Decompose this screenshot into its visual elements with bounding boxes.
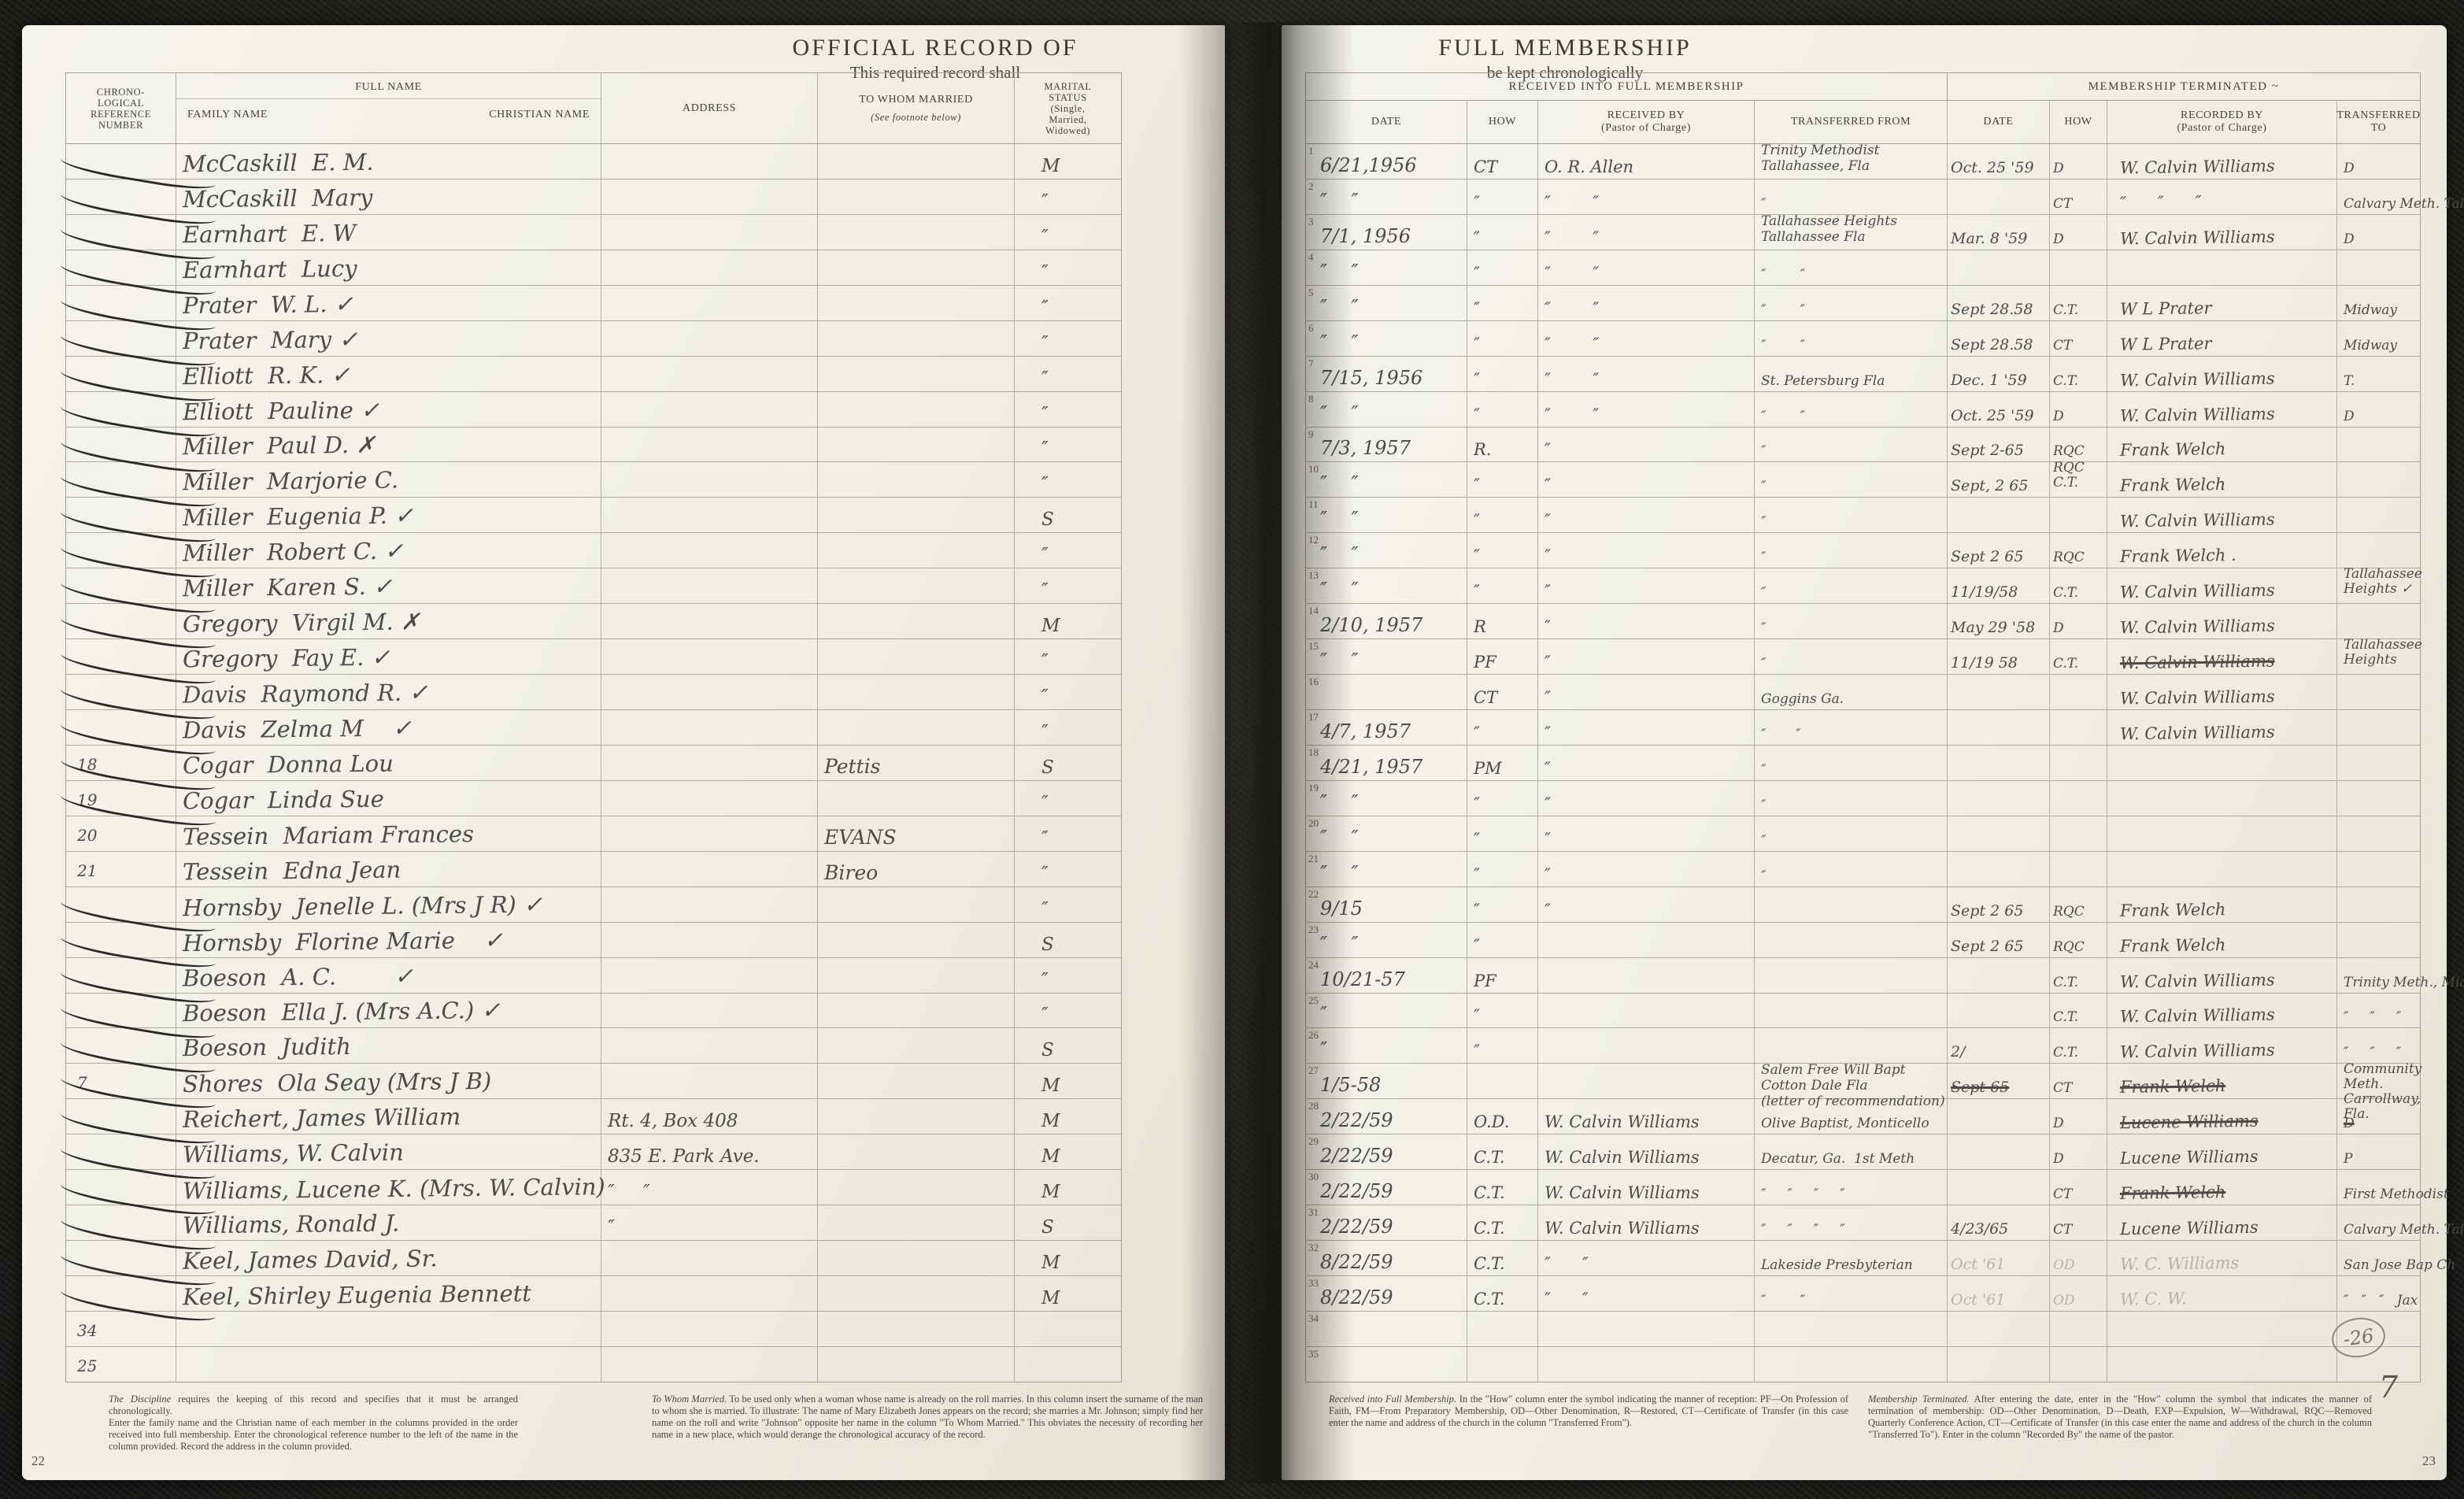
terminated-how-cell: C.T. — [2050, 286, 2107, 320]
received-how-cell-text: ″ — [1474, 1006, 1480, 1025]
terminated-date-cell: 4/23/65 — [1948, 1205, 2050, 1240]
marital-status-cell: ″ — [1015, 568, 1121, 603]
address-cell: ″ ″ — [601, 1170, 818, 1205]
address-cell — [601, 286, 818, 320]
transferred-to-cell: Tallahassee Heights ✓ — [2337, 568, 2420, 603]
ledger-row-right: 35 — [1306, 1347, 2420, 1382]
row-number: 8 — [1308, 393, 1314, 405]
received-by-cell — [1538, 994, 1755, 1028]
transferred-to-cell-text: Trinity Meth., Miami — [2344, 975, 2464, 990]
terminated-date-cell: 11/19/58 — [1948, 568, 2050, 603]
terminated-date-cell: Oct '61 — [1948, 1276, 2050, 1311]
recorded-by-cell — [2107, 1347, 2337, 1382]
name-cell-text: Gregory Fay E. ✓ — [183, 644, 390, 673]
address-cell — [601, 250, 818, 285]
received-date-cell: 2410/21-57 — [1306, 958, 1467, 993]
transferred-to-cell-text: D — [2344, 409, 2355, 424]
terminated-how-cell-text: C.T. — [2053, 585, 2078, 601]
transferred-to-cell-text: Midway — [2344, 303, 2397, 318]
terminated-how-cell: CT — [2050, 321, 2107, 356]
address-cell — [601, 215, 818, 250]
terminated-date-cell: Sept 2 65 — [1948, 923, 2050, 957]
name-cell: Earnhart E. W — [176, 215, 601, 250]
transferred-from-cell-text: ″ — [1761, 514, 1766, 530]
transferred-from-cell-text: ″ — [1761, 762, 1766, 778]
address-cell — [601, 144, 818, 179]
address-cell — [601, 816, 818, 851]
col-header-rec-date: DATE — [1306, 101, 1467, 143]
col-header-fullname-label: FULL NAME — [176, 73, 601, 99]
to-whom-married-cell — [818, 1276, 1015, 1311]
received-by-cell-text: O. R. Allen — [1545, 157, 1633, 176]
terminated-how-cell-text: D — [2053, 1116, 2064, 1131]
terminated-date-cell-text: 11/19/58 — [1951, 583, 2018, 601]
terminated-how-cell-text: C.T. — [2053, 1045, 2078, 1060]
transferred-from-cell-text: Decatur, Ga. 1st Meth — [1761, 1151, 1915, 1167]
received-how-cell: ″ — [1467, 923, 1538, 957]
ledger-row-right: 292/22/59C.T.W. Calvin WilliamsDecatur, … — [1306, 1134, 2420, 1170]
received-date-cell: 142/10, 1957 — [1306, 604, 1467, 638]
name-cell-text: Keel, James David, Sr. — [183, 1245, 438, 1274]
received-date-cell-text: ″ ″ — [1320, 508, 1358, 530]
marital-status-cell: ″ — [1015, 462, 1121, 497]
received-by-cell-text: ″ — [1545, 688, 1551, 707]
marital-status-cell-text: ″ — [1041, 580, 1049, 601]
to-whom-married-cell-text: Pettis — [824, 755, 880, 778]
marital-status-cell: ″ — [1015, 675, 1121, 709]
name-cell-text: Williams, Ronald J. — [183, 1210, 400, 1239]
terminated-date-cell: Oct '61 — [1948, 1241, 2050, 1275]
row-number: 5 — [1308, 287, 1314, 299]
received-by-cell: ″ ″ — [1538, 1241, 1755, 1275]
received-date-cell-text: 2/22/59 — [1320, 1109, 1393, 1131]
ledger-row-left: Earnhart E. W″ — [66, 215, 1121, 250]
received-how-cell: ″ — [1467, 392, 1538, 427]
terminated-how-cell-text: C.T. — [2053, 1009, 2078, 1025]
terminated-how-cell — [2050, 710, 2107, 745]
name-cell: Davis Zelma M ✓ — [176, 710, 601, 745]
marital-status-cell-text: ″ — [1041, 793, 1049, 813]
marital-status-cell: ″ — [1015, 639, 1121, 674]
transferred-from-cell-text: Olive Baptist, Monticello — [1761, 1116, 1929, 1131]
received-date-cell-text: 8/22/59 — [1320, 1251, 1393, 1273]
recorded-by-cell-text: Frank Welch . — [2120, 546, 2236, 566]
name-cell: Williams, W. Calvin — [176, 1134, 601, 1169]
transferred-from-cell: ″ ″ ″ ″ — [1755, 1170, 1948, 1205]
marital-status-cell-text: M — [1041, 616, 1060, 636]
received-how-cell: C.T. — [1467, 1241, 1538, 1275]
transferred-to-cell — [2337, 746, 2420, 780]
marital-status-cell-text: ″ — [1041, 404, 1049, 424]
marital-status-cell: ″ — [1015, 357, 1121, 391]
marital-status-cell-text: ″ — [1041, 864, 1049, 884]
marital-status-cell-text: M — [1041, 1182, 1060, 1202]
recorded-by-cell-text: W. Calvin Williams — [2120, 723, 2275, 744]
chrono-number-cell: 21 — [66, 852, 176, 886]
address-cell — [601, 321, 818, 356]
address-cell — [601, 887, 818, 922]
ledger-row-left: McCaskill Mary″ — [66, 180, 1121, 215]
col-header-married-label: TO WHOM MARRIED — [859, 94, 973, 106]
transferred-from-cell: ″ ″ ″ ″ — [1755, 1205, 1948, 1240]
transferred-from-cell: ″ — [1755, 462, 1948, 497]
received-date-cell: 10″ ″ — [1306, 462, 1467, 497]
to-whom-married-cell — [818, 144, 1015, 179]
recorded-by-cell-text: W. Calvin Williams — [2120, 227, 2275, 248]
address-cell — [601, 958, 818, 993]
received-how-cell-text: ″ — [1474, 405, 1480, 424]
recorded-by-cell: Frank Welch . — [2107, 533, 2337, 568]
transferred-to-cell — [2337, 250, 2420, 285]
ledger-row-right: 13″ ″″″″11/19/58C.T.W. Calvin WilliamsTa… — [1306, 568, 2420, 604]
received-how-cell: O.D. — [1467, 1099, 1538, 1134]
terminated-date-cell — [1948, 781, 2050, 816]
received-date-cell-text: ″ ″ — [1320, 827, 1358, 849]
transferred-from-cell: Goggins Ga. — [1755, 675, 1948, 709]
terminated-date-cell — [1948, 852, 2050, 886]
ledger-row-left: Prater Mary ✓″ — [66, 321, 1121, 357]
transferred-to-cell-text: D — [2344, 232, 2355, 247]
terminated-how-cell: D — [2050, 144, 2107, 179]
received-date-cell-text: ″ ″ — [1320, 650, 1358, 672]
transferred-from-cell: ″ ″ — [1755, 710, 1948, 745]
name-cell-text: Hornsby Jenelle L. (Mrs J R) ✓ — [183, 890, 543, 921]
name-cell — [176, 1347, 601, 1382]
transferred-from-cell-text: ″ ″ — [1761, 727, 1801, 742]
ledger-row-left: Davis Raymond R. ✓″ — [66, 675, 1121, 710]
terminated-date-cell: Oct. 25 '59 — [1948, 392, 2050, 427]
marital-status-cell: ″ — [1015, 321, 1121, 356]
ledger-row-left: Miller Eugenia P. ✓S — [66, 498, 1121, 533]
name-cell: Miller Marjorie C. — [176, 462, 601, 497]
name-cell: Miller Karen S. ✓ — [176, 568, 601, 603]
terminated-date-cell: Sept 28.58 — [1948, 286, 2050, 320]
received-by-cell-text: ″ ″ — [1545, 264, 1599, 283]
col-header-term-how: HOW — [2050, 101, 2107, 143]
terminated-date-cell: Dec. 1 '59 — [1948, 357, 2050, 391]
recorded-by-cell — [2107, 781, 2337, 816]
marital-status-cell: M — [1015, 1134, 1121, 1169]
marital-status-cell-text: ″ — [1041, 651, 1049, 672]
terminated-how-cell-text: RQC — [2053, 550, 2085, 565]
transferred-to-cell — [2337, 852, 2420, 886]
ledger-row-left: Miller Marjorie C.″ — [66, 462, 1121, 498]
name-cell: Keel, Shirley Eugenia Bennett — [176, 1276, 601, 1311]
recorded-by-cell: Frank Welch — [2107, 1170, 2337, 1205]
terminated-date-cell-text: Sept 28.58 — [1951, 301, 2033, 318]
ledger-row-left: Reichert, James WilliamRt. 4, Box 408M — [66, 1099, 1121, 1134]
name-cell-text: Miller Robert C. ✓ — [183, 538, 404, 567]
received-how-cell: ″ — [1467, 533, 1538, 568]
ledger-row-left: Williams, W. Calvin835 E. Park Ave.M — [66, 1134, 1121, 1170]
marital-status-cell: ″ — [1015, 852, 1121, 886]
terminated-how-cell — [2050, 746, 2107, 780]
recorded-by-cell-text: ″ ″ ″ — [2120, 192, 2202, 212]
transferred-from-cell: ″ ″ — [1755, 392, 1948, 427]
transferred-to-cell: First Methodist — [2337, 1170, 2420, 1205]
received-date-cell: 26″ — [1306, 1028, 1467, 1063]
received-how-cell-text: ″ — [1474, 830, 1480, 849]
transferred-from-cell — [1755, 923, 1948, 957]
ledger-row-right: 97/3, 1957R.″″Sept 2-65RQCFrank Welch — [1306, 427, 2420, 463]
terminated-date-cell — [1948, 1312, 2050, 1346]
terminated-how-cell-text: D — [2053, 1151, 2064, 1167]
transferred-from-cell: ″ ″ — [1755, 1276, 1948, 1311]
ledger-row-right: 26″″2/C.T.W. Calvin Williams″ ″ ″ — [1306, 1028, 2420, 1064]
book-photo: OFFICIAL RECORD OF This required record … — [0, 0, 2464, 1499]
transferred-to-cell: Midway — [2337, 286, 2420, 320]
received-how-cell-text: ″ — [1474, 582, 1480, 601]
received-date-cell-text: 2/22/59 — [1320, 1180, 1393, 1202]
terminated-how-cell: C.T. — [2050, 568, 2107, 603]
received-date-cell-text: ″ — [1320, 1038, 1327, 1060]
received-date-cell-text: ″ ″ — [1320, 862, 1358, 884]
transferred-from-cell-text: ″ ″ — [1761, 1293, 1805, 1308]
transferred-to-cell — [2337, 816, 2420, 851]
received-date-cell-text: ″ ″ — [1320, 543, 1358, 565]
marital-status-cell-text: S — [1041, 1217, 1054, 1238]
ledger-row-left: Miller Karen S. ✓″ — [66, 568, 1121, 604]
name-cell: Tessein Mariam Frances — [176, 816, 601, 851]
to-whom-married-cell — [818, 215, 1015, 250]
received-by-cell-text: ″ — [1545, 582, 1551, 601]
row-number: 18 — [1308, 746, 1319, 759]
terminated-date-cell — [1948, 1134, 2050, 1169]
received-date-cell-text: ″ ″ — [1320, 296, 1358, 318]
received-date-cell: 302/22/59 — [1306, 1170, 1467, 1205]
received-by-cell: ″ — [1538, 462, 1755, 497]
recorded-by-cell-text: Frank Welch — [2120, 900, 2226, 920]
row-number: 12 — [1308, 534, 1319, 546]
chrono-number-cell-text: 25 — [77, 1357, 97, 1375]
recorded-by-cell-text: W. Calvin Williams — [2120, 1005, 2275, 1027]
ledger-row-left: Keel, James David, Sr.M — [66, 1241, 1121, 1276]
recorded-by-cell: W. Calvin Williams — [2107, 1028, 2337, 1063]
transferred-to-cell-text: Community Meth. Carrollway, Fla. — [2344, 1062, 2421, 1122]
terminated-how-cell: C.T. — [2050, 958, 2107, 993]
marital-status-cell-text: ″ — [1041, 368, 1049, 389]
received-date-cell: 34 — [1306, 1312, 1467, 1346]
terminated-date-cell: Sept 2 65 — [1948, 887, 2050, 922]
marital-status-cell-text: ″ — [1041, 474, 1049, 494]
recorded-by-cell-text: W. Calvin Williams — [2120, 687, 2275, 709]
col-header-family-label: FAMILY NAME — [187, 109, 268, 121]
transferred-from-cell: Lakeside Presbyterian — [1755, 1241, 1948, 1275]
received-by-cell-text: W. Calvin Williams — [1545, 1148, 1700, 1167]
recorded-by-cell-text: W. Calvin Williams — [2120, 157, 2275, 178]
received-how-cell-text: ″ — [1474, 370, 1480, 389]
terminated-how-cell: D — [2050, 215, 2107, 250]
marital-status-cell: M — [1015, 1276, 1121, 1311]
row-number: 20 — [1308, 817, 1319, 830]
marital-status-cell-text: ″ — [1041, 439, 1049, 459]
transferred-from-cell-text: Lakeside Presbyterian — [1761, 1257, 1913, 1273]
received-date-cell-text: 2/22/59 — [1320, 1145, 1393, 1167]
received-how-cell: PF — [1467, 639, 1538, 674]
name-cell-text: Tessein Mariam Frances — [183, 820, 474, 850]
to-whom-married-cell — [818, 568, 1015, 603]
received-how-cell: C.T. — [1467, 1134, 1538, 1169]
received-date-cell: 11″ ″ — [1306, 498, 1467, 532]
transferred-to-cell-text: Calvary Meth. Tally — [2344, 197, 2464, 212]
received-how-cell: ″ — [1467, 286, 1538, 320]
received-date-cell: 97/3, 1957 — [1306, 427, 1467, 462]
transferred-from-cell-text: ″ — [1761, 443, 1766, 459]
terminated-date-cell: May 29 '58 — [1948, 604, 2050, 638]
transferred-from-cell — [1755, 994, 1948, 1028]
name-cell — [176, 1312, 601, 1346]
received-how-cell: C.T. — [1467, 1205, 1538, 1240]
terminated-how-cell-text: D — [2053, 231, 2064, 247]
marital-status-cell-text: M — [1041, 1288, 1060, 1308]
chrono-number-cell-text: 34 — [77, 1321, 97, 1340]
transferred-to-cell-text: Tallahassee Heights — [2344, 638, 2422, 668]
col-header-married-note: (See footnote below) — [871, 111, 961, 124]
terminated-date-cell: Sept 2 65 — [1948, 533, 2050, 568]
name-cell: Shores Ola Seay (Mrs J B) — [176, 1064, 601, 1098]
recorded-by-cell: W. Calvin Williams — [2107, 144, 2337, 179]
recorded-by-cell: Frank Welch — [2107, 462, 2337, 497]
marital-status-cell: ″ — [1015, 427, 1121, 462]
address-cell-text: ″ ″ — [608, 1182, 650, 1202]
to-whom-married-cell: Pettis — [818, 746, 1015, 780]
received-date-cell-text: 7/1, 1956 — [1320, 225, 1411, 247]
to-whom-married-cell — [818, 781, 1015, 816]
marital-status-cell: M — [1015, 1170, 1121, 1205]
received-by-cell-text: ″ ″ — [1545, 1290, 1589, 1308]
transferred-to-cell-text: T. — [2344, 374, 2355, 389]
ledger-row-left: 7Shores Ola Seay (Mrs J B)M — [66, 1064, 1121, 1099]
ledger-row-left: Boeson A. C. ✓″ — [66, 958, 1121, 994]
transferred-to-cell: D — [2337, 392, 2420, 427]
transferred-to-cell: ″ ″ ″ Jax — [2337, 1276, 2420, 1311]
received-date-cell-text: 7/3, 1957 — [1320, 437, 1411, 459]
right-footnote-2: Membership Terminated. After entering th… — [1868, 1394, 2372, 1441]
ledger-row-left: 21Tessein Edna JeanBireo″ — [66, 852, 1121, 887]
transferred-to-cell-text: P — [2344, 1152, 2352, 1167]
recorded-by-cell — [2107, 250, 2337, 285]
to-whom-married-cell — [818, 639, 1015, 674]
marital-status-cell: S — [1015, 746, 1121, 780]
recorded-by-cell: Frank Welch — [2107, 1064, 2337, 1098]
terminated-how-cell: RQC — [2050, 923, 2107, 957]
transferred-to-cell-text: ″ ″ ″ — [2344, 1046, 2401, 1060]
received-date-cell: 16/21,1956 — [1306, 144, 1467, 179]
terminated-date-cell — [1948, 250, 2050, 285]
name-cell: Elliott R. K. ✓ — [176, 357, 601, 391]
received-by-cell-text: ″ — [1545, 759, 1551, 778]
ledger-row-right: 16/21,1956CTO. R. AllenTrinity Methodist… — [1306, 144, 2420, 180]
received-date-cell: 6″ ″ — [1306, 321, 1467, 356]
address-cell — [601, 462, 818, 497]
terminated-date-cell-text: Sept 2 65 — [1951, 548, 2023, 565]
recorded-by-cell: W. Calvin Williams — [2107, 392, 2337, 427]
marital-status-cell-text: S — [1041, 757, 1054, 778]
marital-status-cell: S — [1015, 1205, 1121, 1240]
marital-status-cell-text: ″ — [1041, 545, 1049, 565]
row-number: 32 — [1308, 1242, 1319, 1254]
transferred-to-cell: Midway — [2337, 321, 2420, 356]
row-number: 3 — [1308, 216, 1314, 228]
recorded-by-cell — [2107, 816, 2337, 851]
row-number: 9 — [1308, 428, 1314, 441]
terminated-how-cell-text: D — [2053, 409, 2064, 424]
terminated-date-cell: Sept, 2 65 — [1948, 462, 2050, 497]
address-cell — [601, 1312, 818, 1346]
terminated-date-cell — [1948, 816, 2050, 851]
row-number: 16 — [1308, 675, 1319, 688]
terminated-date-cell — [1948, 180, 2050, 214]
terminated-how-cell-text: C.T. — [2053, 656, 2078, 672]
to-whom-married-cell — [818, 887, 1015, 922]
received-how-cell — [1467, 1312, 1538, 1346]
terminated-date-cell-text: Sept 65 — [1951, 1079, 2009, 1096]
col-header-fullname: FULL NAME FAMILY NAME CHRISTIAN NAME — [176, 73, 601, 143]
marital-status-cell-text: ″ — [1041, 828, 1049, 849]
recorded-by-cell-text: Frank Welch — [2120, 440, 2226, 461]
received-by-cell-text: ″ — [1545, 617, 1551, 636]
transferred-to-cell — [2337, 462, 2420, 497]
received-how-cell-text: ″ — [1474, 546, 1480, 565]
name-cell: Cogar Linda Sue — [176, 781, 601, 816]
ledger-row-left: 25 — [66, 1347, 1121, 1382]
terminated-date-cell-text: Sept 2 65 — [1951, 938, 2023, 955]
transferred-to-cell: ″ ″ ″ — [2337, 1028, 2420, 1063]
transferred-to-cell-text: Calvary Meth. Tally — [2344, 1223, 2464, 1238]
to-whom-married-cell — [818, 1205, 1015, 1240]
received-how-cell-text: R. — [1474, 440, 1492, 459]
marital-status-cell-text: ″ — [1041, 262, 1049, 283]
ledger-row-right: 34 — [1306, 1312, 2420, 1347]
received-by-cell-text: ″ — [1545, 901, 1551, 920]
transferred-from-cell: ″ — [1755, 639, 1948, 674]
name-cell-text: Elliott Pauline ✓ — [183, 396, 380, 425]
row-number: 2 — [1308, 180, 1314, 193]
row-number: 4 — [1308, 251, 1314, 264]
recorded-by-cell-text: Frank Welch — [2120, 475, 2226, 495]
group-header-received: RECEIVED INTO FULL MEMBERSHIP — [1306, 73, 1948, 100]
received-by-cell: ″ ″ — [1538, 180, 1755, 214]
marital-status-cell: M — [1015, 1064, 1121, 1098]
row-number: 31 — [1308, 1206, 1319, 1219]
row-number: 15 — [1308, 640, 1319, 653]
transferred-from-cell-text: Salem Free Will Bapt Cotton Dale Fla (le… — [1761, 1062, 1945, 1109]
terminated-how-cell — [2050, 781, 2107, 816]
marital-status-cell-text: ″ — [1041, 899, 1049, 920]
transferred-from-cell: ″ — [1755, 533, 1948, 568]
marital-status-cell-text: ″ — [1041, 298, 1049, 318]
terminated-date-cell-text: Dec. 1 '59 — [1951, 372, 2027, 389]
page-left: OFFICIAL RECORD OF This required record … — [22, 25, 1225, 1480]
name-cell-text: McCaskill E. M. — [183, 149, 374, 178]
terminated-how-cell-text: CT — [2053, 196, 2072, 212]
address-cell — [601, 604, 818, 638]
received-by-cell: ″ — [1538, 887, 1755, 922]
transferred-to-cell: Community Meth. Carrollway, Fla. — [2337, 1064, 2420, 1098]
marital-status-cell: ″ — [1015, 392, 1121, 427]
ledger-row-left: Elliott Pauline ✓″ — [66, 392, 1121, 427]
marital-status-cell-text: M — [1041, 1146, 1060, 1167]
terminated-how-cell — [2050, 816, 2107, 851]
recorded-by-cell: ″ ″ ″ — [2107, 180, 2337, 214]
to-whom-married-cell — [818, 1134, 1015, 1169]
recorded-by-cell: Lucene Williams — [2107, 1099, 2337, 1134]
address-cell: ″ — [601, 1205, 818, 1240]
ledger-row-left: Davis Zelma M ✓″ — [66, 710, 1121, 746]
terminated-date-cell-text: Oct '61 — [1951, 1256, 2005, 1273]
transferred-to-cell: P — [2337, 1134, 2420, 1169]
name-cell-text: Miller Paul D. ✗ — [183, 431, 376, 461]
